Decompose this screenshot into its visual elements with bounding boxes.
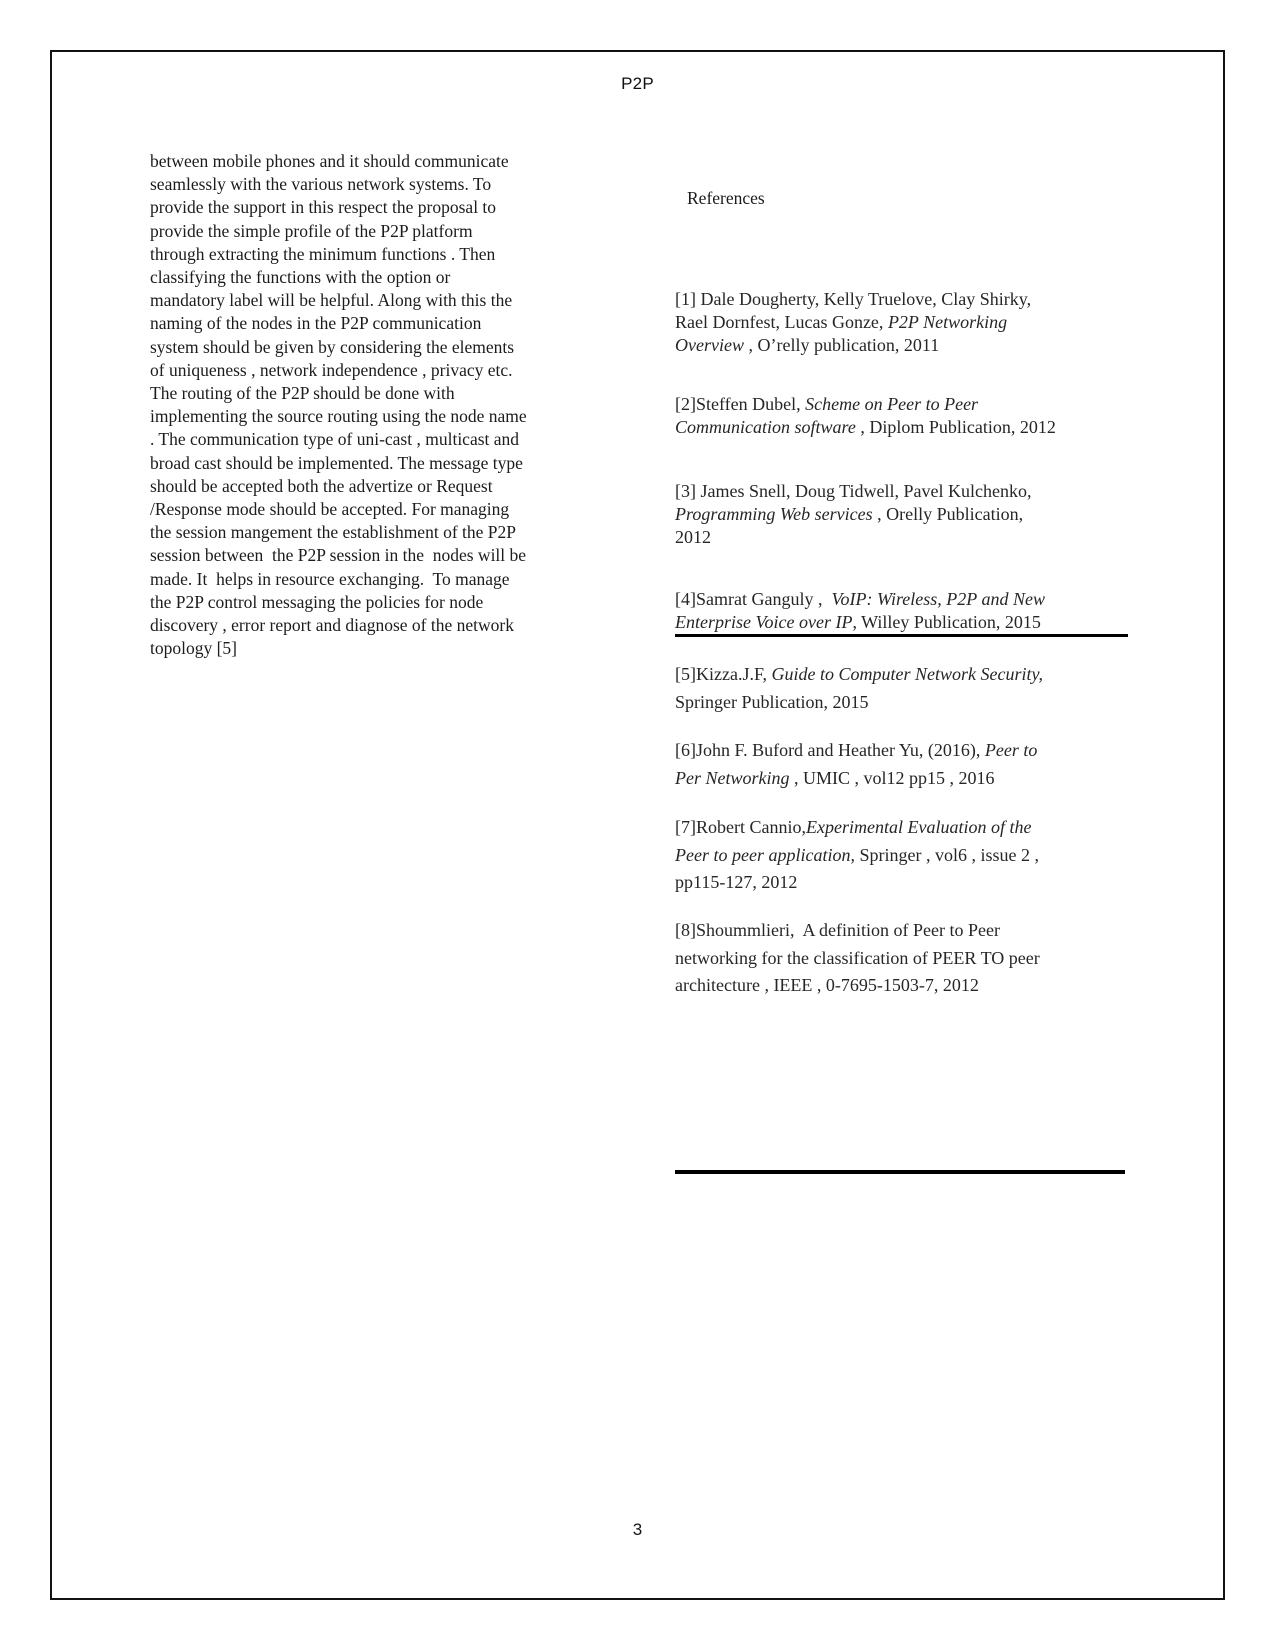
reference-item: [3] James Snell, Doug Tidwell, Pavel Kul… xyxy=(675,480,1137,548)
reference-item: [1] Dale Dougherty, Kelly Truelove, Clay… xyxy=(675,288,1137,356)
page-number: 3 xyxy=(50,1520,1225,1540)
body-text-column: between mobile phones and it should comm… xyxy=(150,150,612,660)
reference-item: [2]Steffen Dubel, Scheme on Peer to Peer… xyxy=(675,393,1137,439)
reference-item: [4]Samrat Ganguly , VoIP: Wireless, P2P … xyxy=(675,588,1137,634)
reference-item: [7]Robert Cannio,Experimental Evaluation… xyxy=(675,814,1137,897)
page-title: P2P xyxy=(50,74,1225,94)
reference-item: [6]John F. Buford and Heather Yu, (2016)… xyxy=(675,737,1137,792)
reference-item: [5]Kizza.J.F, Guide to Computer Network … xyxy=(675,661,1137,716)
horizontal-rule xyxy=(675,1170,1125,1174)
references-heading: References xyxy=(687,188,765,209)
reference-underline-rule xyxy=(675,634,1128,637)
reference-item: [8]Shoummlieri, A definition of Peer to … xyxy=(675,917,1137,1000)
document-page: P2P between mobile phones and it should … xyxy=(0,0,1275,1650)
